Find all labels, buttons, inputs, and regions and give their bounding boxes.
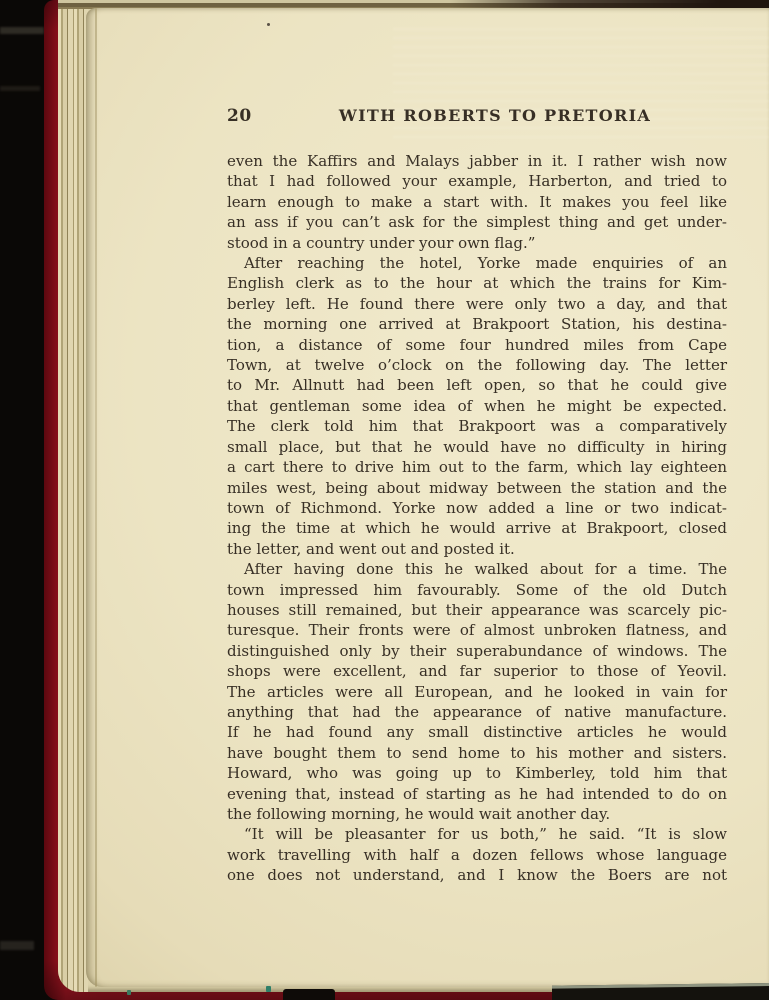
text-line: an ass if you can’t ask for the simplest…: [227, 212, 727, 232]
paragraph: After having done this he walked about f…: [227, 559, 727, 824]
text-line: town impressed him favourably. Some of t…: [227, 580, 727, 600]
speck: [267, 23, 270, 26]
text-line: shops were excellent, and far superior t…: [227, 661, 727, 681]
text-line: evening that, instead of starting as he …: [227, 784, 727, 804]
text-line: the following morning, he would wait ano…: [227, 804, 727, 824]
text-block: even the Kaffirs and Malays jabber in it…: [227, 151, 727, 886]
text-line: the morning one arrived at Brakpoort Sta…: [227, 314, 727, 334]
text-line: turesque. Their fronts were of almost un…: [227, 620, 727, 640]
text-line: houses still remained, but their appeara…: [227, 600, 727, 620]
text-line: to Mr. Allnutt had been left open, so th…: [227, 375, 727, 395]
text-line: The articles were all European, and he l…: [227, 682, 727, 702]
text-line: miles west, being about midway between t…: [227, 478, 727, 498]
text-line: tion, a distance of some four hundred mi…: [227, 335, 727, 355]
page-content: 20 WITH ROBERTS TO PRETORIA even the Kaf…: [227, 106, 727, 886]
background-streak: [0, 941, 34, 950]
background-streak: [0, 86, 40, 91]
text-line: The clerk told him that Brakpoort was a …: [227, 416, 727, 436]
text-line: the letter, and went out and posted it.: [227, 539, 727, 559]
table-edge: [552, 983, 769, 1000]
text-line: If he had found any small distinctive ar…: [227, 722, 727, 742]
text-line: town of Richmond. Yorke now added a line…: [227, 498, 727, 518]
shadow-patch: [283, 989, 335, 1000]
text-line: berley left. He found there were only tw…: [227, 294, 727, 314]
text-line: that I had followed your example, Harber…: [227, 171, 727, 191]
speck: [127, 990, 131, 995]
text-line: English clerk as to the hour at which th…: [227, 273, 727, 293]
text-line: stood in a country under your own flag.”: [227, 233, 727, 253]
text-line: that gentleman some idea of when he migh…: [227, 396, 727, 416]
page-header: 20 WITH ROBERTS TO PRETORIA: [227, 106, 727, 124]
speck: [266, 986, 271, 992]
paragraph: “It will be pleasanter for us both,” he …: [227, 824, 727, 885]
text-line: Town, at twelve o’clock on the following…: [227, 355, 727, 375]
text-line: one does not understand, and I know the …: [227, 865, 727, 885]
text-line: small place, but that he would have no d…: [227, 437, 727, 457]
text-line: After having done this he walked about f…: [227, 559, 727, 579]
text-line: learn enough to make a start with. It ma…: [227, 192, 727, 212]
paragraph: even the Kaffirs and Malays jabber in it…: [227, 151, 727, 253]
text-line: After reaching the hotel, Yorke made enq…: [227, 253, 727, 273]
text-line: ing the time at which he would arrive at…: [227, 518, 727, 538]
running-title: WITH ROBERTS TO PRETORIA: [245, 106, 745, 125]
text-line: Howard, who was going up to Kimberley, t…: [227, 763, 727, 783]
text-line: “It will be pleasanter for us both,” he …: [227, 824, 727, 844]
text-line: anything that had the appearance of nati…: [227, 702, 727, 722]
text-line: work travelling with half a dozen fellow…: [227, 845, 727, 865]
text-line: a cart there to drive him out to the far…: [227, 457, 727, 477]
paragraph: After reaching the hotel, Yorke made enq…: [227, 253, 727, 559]
background-streak: [0, 27, 44, 34]
book-photo: 20 WITH ROBERTS TO PRETORIA even the Kaf…: [0, 0, 769, 1000]
text-line: have bought them to send home to his mot…: [227, 743, 727, 763]
text-line: distinguished only by their superabundan…: [227, 641, 727, 661]
text-line: even the Kaffirs and Malays jabber in it…: [227, 151, 727, 171]
